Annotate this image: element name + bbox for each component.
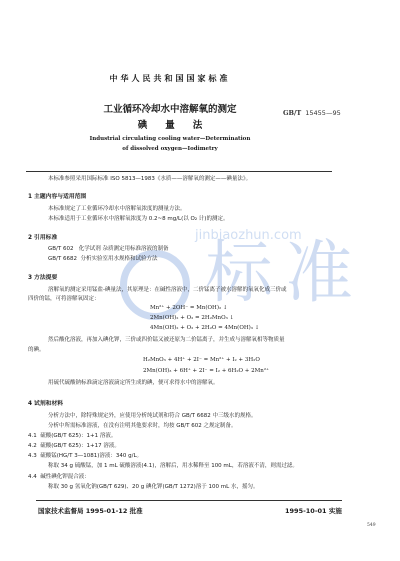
- ref-item: GB/T 602 化学试剂 杂质测定用标准溶液的制备: [48, 245, 169, 255]
- item-4-3-detail: 称取 34 g 硫酸锰，加 1 mL 硫酸溶液(4.1)，溶解后，用水稀释至 1…: [48, 462, 298, 472]
- watermark-char-2: 准: [285, 240, 353, 308]
- page-number: 549: [367, 523, 376, 528]
- standard-number: GB/T15455—95: [283, 109, 341, 117]
- item-4-1: 4.1 硫酸(GB/T 625)：1+1 溶液。: [28, 432, 116, 442]
- section-3-heading: 3 方法提要: [28, 272, 57, 281]
- title-en-line1: Industrial circulating cooling water—Det…: [0, 134, 340, 144]
- section-1-heading: 1 主题内容与适用范围: [28, 191, 86, 200]
- section-4-para-1: 分析方法中，除特殊规定外，应使用分析纯试剂和符合 GB/T 6682 中三级水的…: [48, 412, 257, 422]
- ref-title: 化学试剂 杂质测定用标准溶液的制备: [79, 246, 169, 252]
- item-4-4: 4.4 碱性碘化钾混合液：: [28, 473, 90, 483]
- watermark-char-1: 标: [205, 240, 273, 308]
- item-4-4-detail: 称取 30 g 氢氧化钠(GB/T 629)、20 g 碘化钾(GB/T 127…: [48, 483, 258, 493]
- section-2-heading: 2 引用标准: [28, 232, 57, 241]
- document-title-cn-method: 碘量法: [0, 117, 340, 131]
- item-4-3: 4.3 硫酸锰(HG/T 3—1081)溶液：340 g/L。: [28, 452, 142, 462]
- formula: 2Mn(OH)₂ + O₂ = 2H₂MnO₃ ↓: [150, 315, 234, 321]
- formula: 4Mn(OH)₂ + O₂ + 2H₂O = 4Mn(OH)₃ ↓: [150, 325, 259, 331]
- ref-code: GB/T 6682: [48, 256, 77, 262]
- item-text: 硫酸(GB/T 625)：1+17 溶液。: [40, 443, 120, 449]
- national-standard-label: 中华人民共和国国家标准: [0, 73, 340, 84]
- section-1-para-2: 本标准适用于工业循环水中溶解氧浓度为 0.2~8 mg/L(以 O₂ 计)的测定…: [48, 215, 228, 225]
- item-text: 硫酸锰(HG/T 3—1081)溶液：340 g/L。: [40, 453, 142, 459]
- section-3-para-1-line-2: 四价的锰，可将溶解氧固定：: [28, 295, 100, 305]
- item-number: 4.2: [28, 443, 37, 449]
- section-3-para-2-line-1: 然后酸化溶液，再加入碘化钾，三价或四价锰又被还原为二价锰离子，并生成与溶解氧相等…: [48, 336, 285, 346]
- section-3-para-2-line-2: 的碘。: [28, 346, 45, 356]
- section-3-para-3: 用硫代硫酸钠标准滴定溶液滴定所生成的碘，便可求得水中的溶解氧。: [48, 379, 219, 389]
- standard-prefix: GB/T: [283, 109, 301, 117]
- document-title-en: Industrial circulating cooling water—Det…: [0, 134, 340, 154]
- formula: Mn²⁺ + 2OH⁻ = Mn(OH)₂ ↓: [150, 305, 228, 311]
- header-divider: [26, 171, 332, 172]
- item-number: 4.4: [28, 474, 37, 480]
- item-text: 碱性碘化钾混合液：: [40, 474, 90, 480]
- formula: 2Mn(OH)₃ + 6H⁺ + 2I⁻ = I₂ + 6H₂O + 2Mn²⁺: [143, 368, 269, 374]
- footer-divider: [36, 500, 342, 501]
- section-4-para-2: 分析中所需标准溶液，在没有注明其他要求时，均按 GB/T 602 之规定制备。: [48, 422, 237, 432]
- standard-code: 15455—95: [305, 109, 340, 117]
- intro-text: 本标准参照采用国际标准 ISO 5813—1983《水质——溶解氧的测定——碘量…: [48, 175, 251, 185]
- item-text: 硫酸(GB/T 625)：1+1 溶液。: [40, 433, 116, 439]
- ref-item: GB/T 6682 分析实验室用水规格和试验方法: [48, 255, 158, 265]
- ref-code: GB/T 602: [48, 246, 74, 252]
- section-1-para-1: 本标准规定了工业循环冷却水中溶解氧浓度的测量方法。: [48, 205, 186, 215]
- formula: H₂MnO₃ + 4H⁺ + 2I⁻ = Mn²⁺ + I₂ + 3H₂O: [143, 357, 260, 363]
- title-en-line2: of dissolved oxygen—Iodimetry: [0, 144, 340, 154]
- item-4-2: 4.2 硫酸(GB/T 625)：1+17 溶液。: [28, 442, 120, 452]
- item-number: 4.1: [28, 433, 37, 439]
- section-4-heading: 4 试剂和材料: [28, 398, 63, 407]
- item-number: 4.3: [28, 453, 37, 459]
- approval-issuer: 国家技术监督局 1995-01-12 批准: [38, 506, 143, 515]
- effective-date: 1995-10-01 实施: [285, 506, 342, 515]
- ref-title: 分析实验室用水规格和试验方法: [81, 256, 158, 262]
